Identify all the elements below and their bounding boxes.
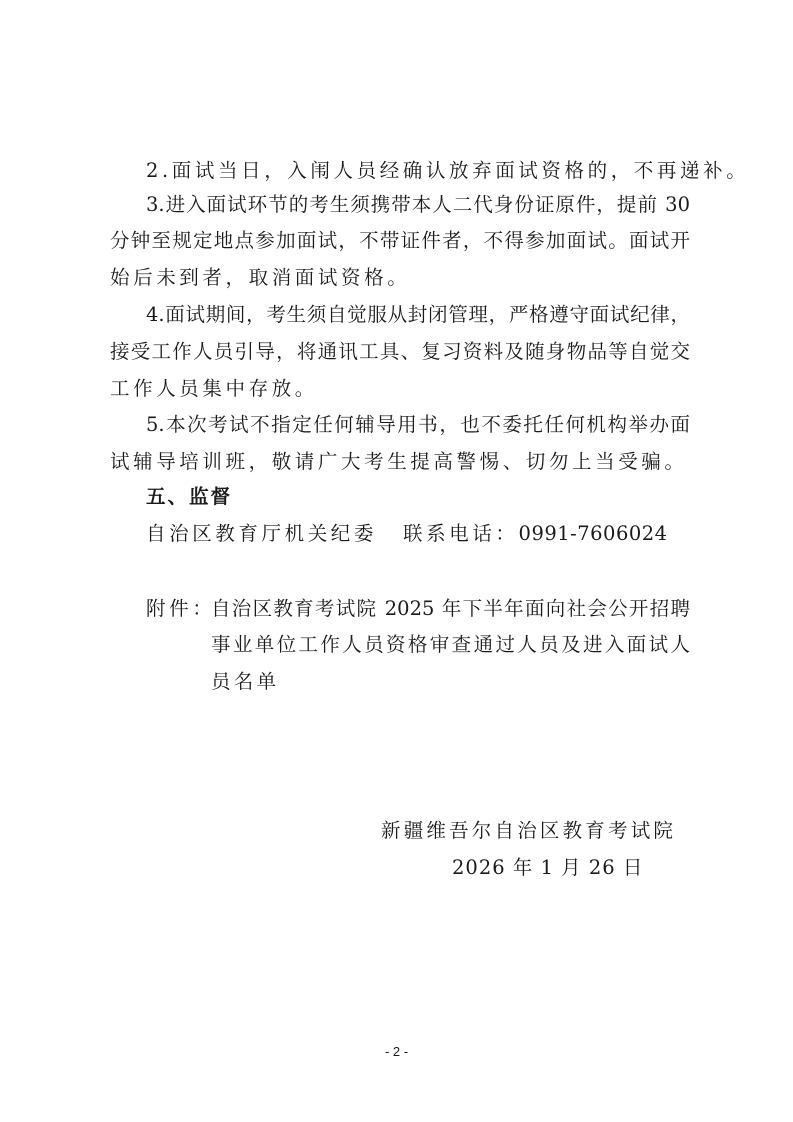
item-5-line-1: 5.本次考试不指定任何辅导用书，也不委托任何机构举办面 xyxy=(146,412,690,438)
attachment-line-1: 自治区教育考试院 2025 年下半年面向社会公开招聘 xyxy=(211,596,690,622)
item-4-line-2: 接受工作人员引导，将通讯工具、复习资料及随身物品等自觉交 xyxy=(110,339,690,365)
item-3-line-1: 3.进入面试环节的考生须携带本人二代身份证原件，提前 30 xyxy=(146,192,690,218)
attachment-label: 附件： xyxy=(146,596,215,622)
item-4-line-3: 工作人员集中存放。 xyxy=(110,376,690,402)
signature-date: 2026 年 1 月 26 日 xyxy=(452,855,643,881)
item-2-line-1: 2.面试当日，入闱人员经确认放弃面试资格的，不再递补。 xyxy=(146,158,690,184)
contact-line: 自治区教育厅机关纪委联系电话：0991-7606024 xyxy=(146,521,668,547)
contact-phone-label: 联系电话： xyxy=(403,522,519,545)
page-number: - 2 - xyxy=(0,1044,793,1060)
item-4-line-1: 4.面试期间，考生须自觉服从封闭管理，严格遵守面试纪律， xyxy=(146,302,690,328)
contact-organization: 自治区教育厅机关纪委 xyxy=(146,522,377,545)
item-3-line-3: 始后未到者，取消面试资格。 xyxy=(110,265,690,291)
attachment-line-2: 事业单位工作人员资格审查通过人员及进入面试人 xyxy=(211,632,690,658)
document-page: 2.面试当日，入闱人员经确认放弃面试资格的，不再递补。 3.进入面试环节的考生须… xyxy=(0,0,793,1122)
section-heading-supervision: 五、监督 xyxy=(146,484,232,510)
item-3-line-2: 分钟至规定地点参加面试，不带证件者，不得参加面试。面试开 xyxy=(110,228,690,254)
signature-organization: 新疆维吾尔自治区教育考试院 xyxy=(381,818,676,844)
attachment-line-3: 员名单 xyxy=(211,669,690,695)
contact-phone: 0991-7606024 xyxy=(519,522,668,545)
item-5-line-2: 试辅导培训班，敬请广大考生提高警惕、切勿上当受骗。 xyxy=(110,449,690,475)
